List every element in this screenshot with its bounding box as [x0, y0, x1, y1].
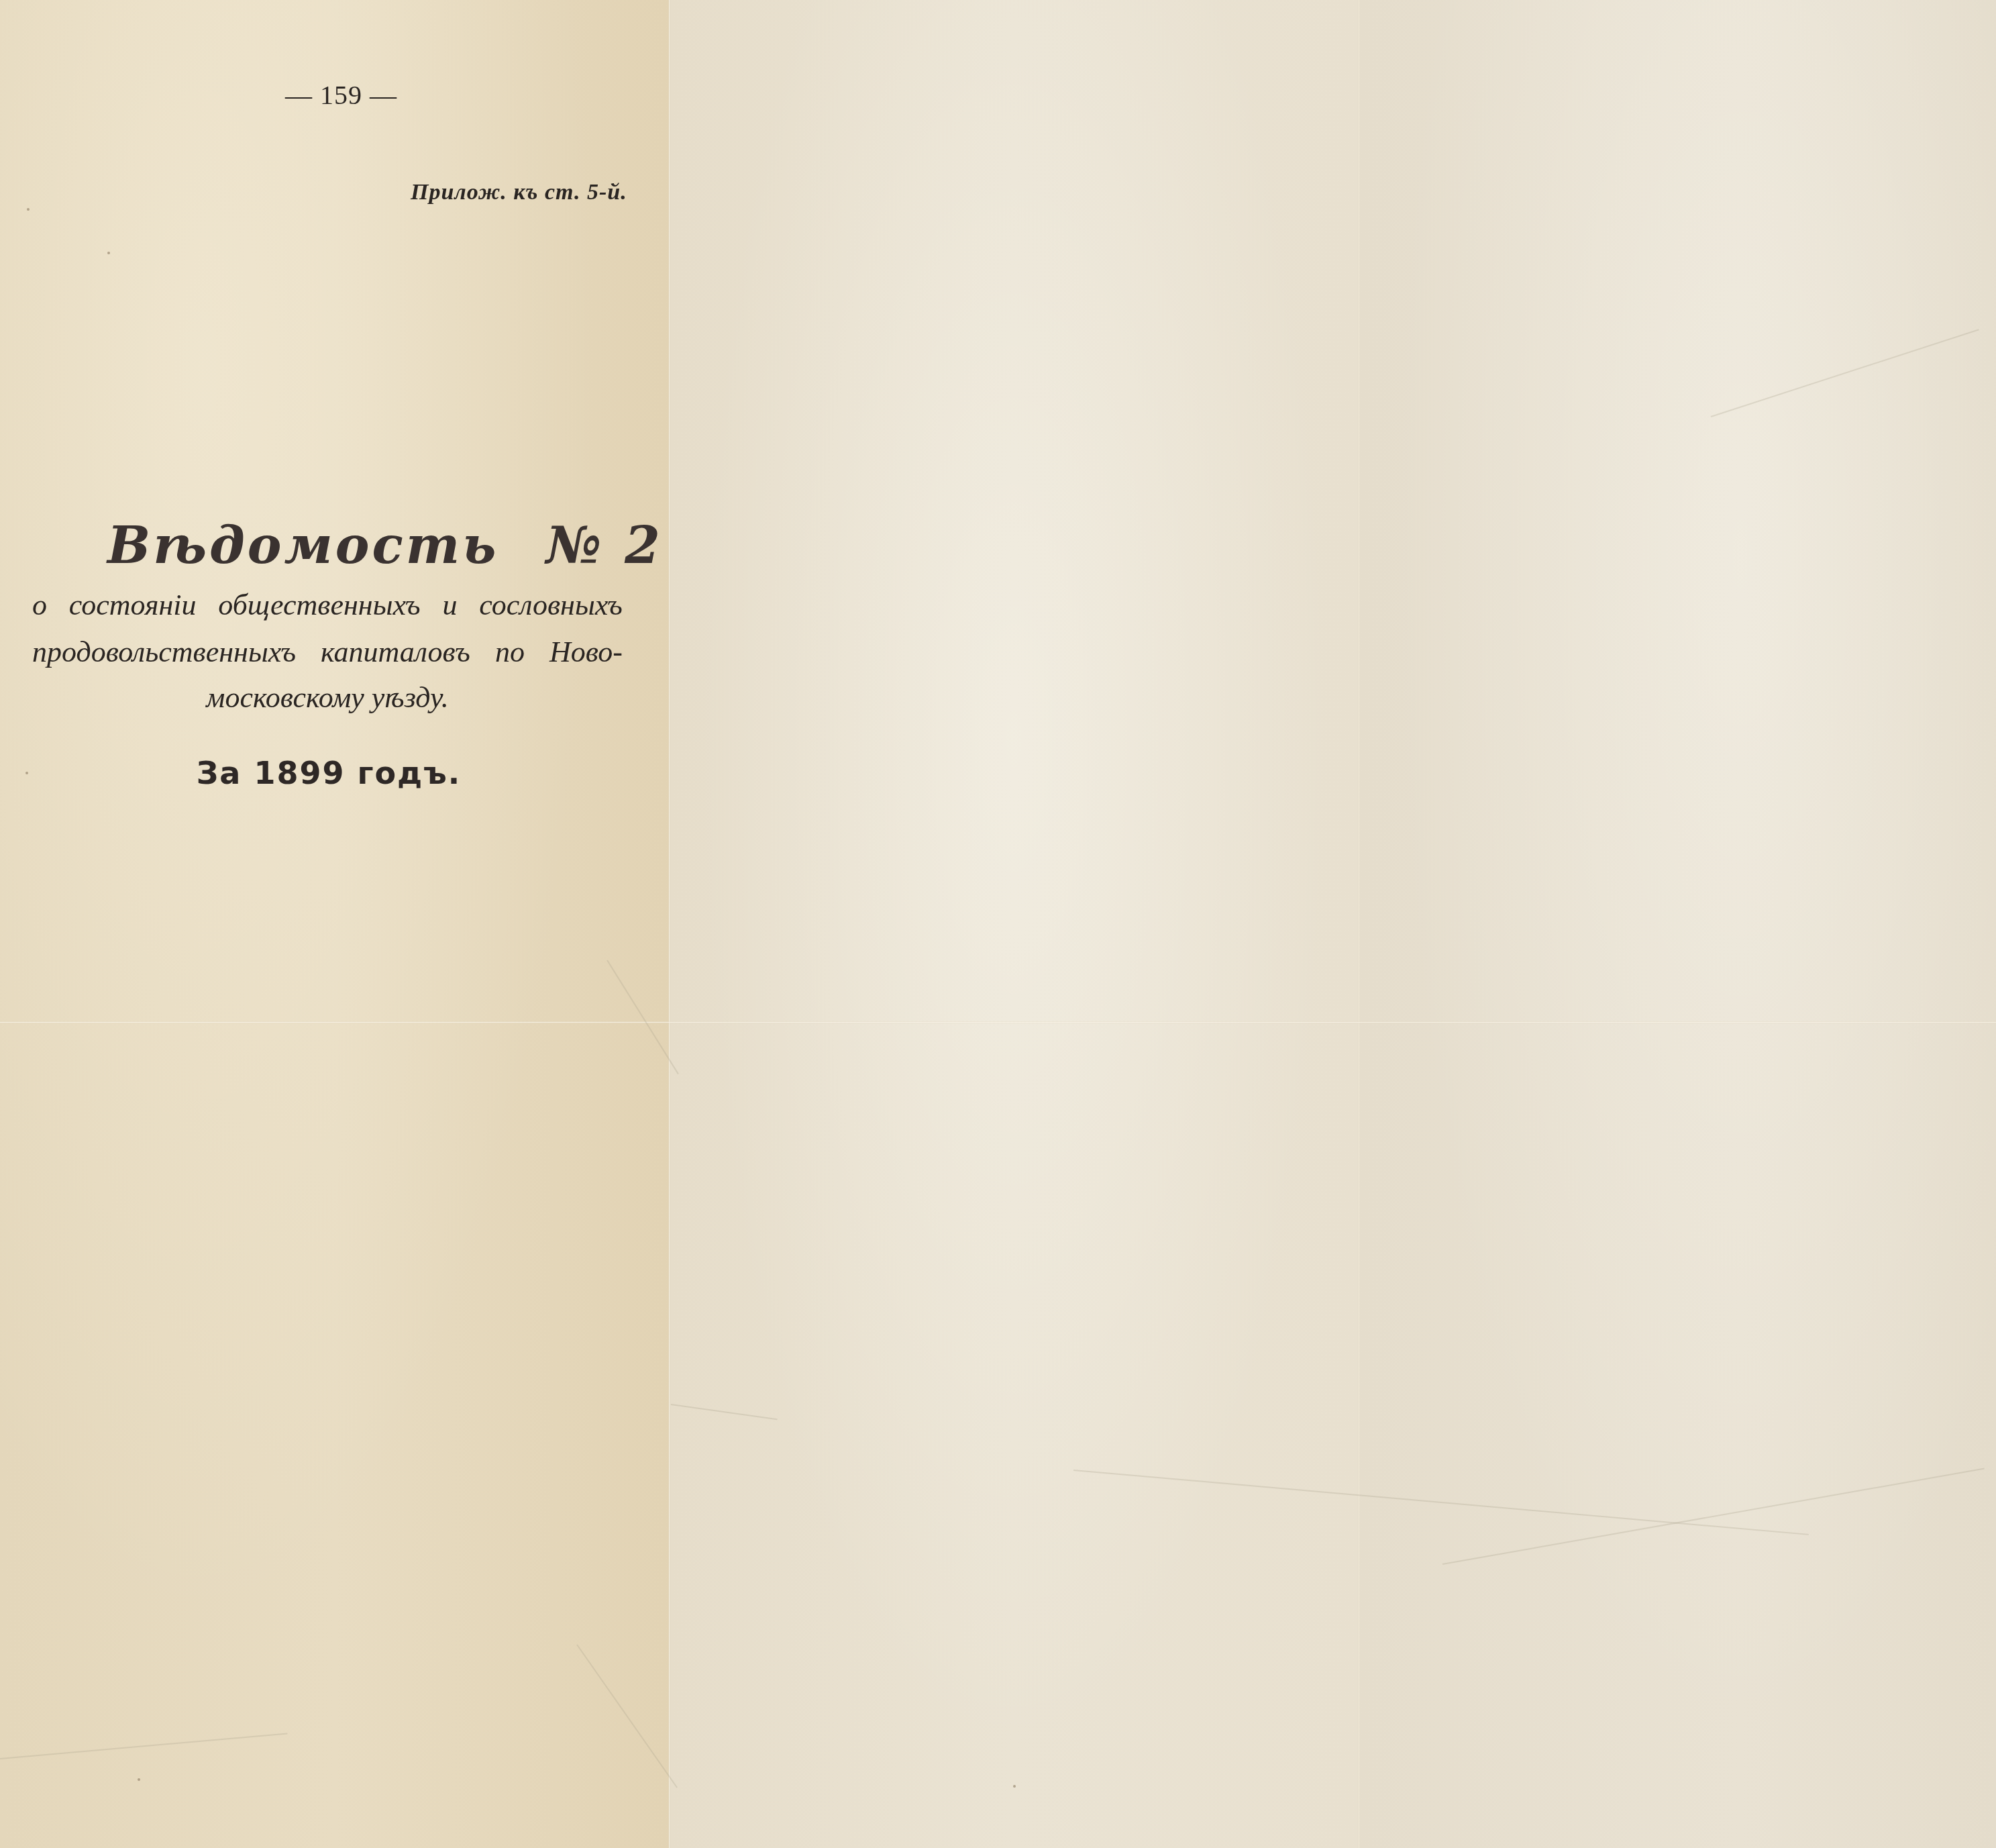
- paper-speck: [107, 252, 110, 254]
- vertical-fold-line: [668, 0, 670, 1848]
- subtitle-line-2: продовольственныхъ капиталовъ по Ново-: [32, 637, 623, 667]
- year-line: За 1899 годъ.: [168, 755, 490, 791]
- title-number-sign: №: [546, 515, 605, 575]
- subtitle-word: по: [495, 637, 525, 667]
- paper-speck: [27, 208, 30, 211]
- subtitle-word: капиталовъ: [321, 637, 470, 667]
- subtitle-word: и: [442, 591, 457, 620]
- paper-panel-right: [1359, 0, 1996, 1848]
- subtitle-line-1: о состояніи общественныхъ и сословныхъ: [32, 591, 623, 620]
- title-number: 2: [625, 515, 663, 575]
- document-title: Вѣдомость № 2: [107, 515, 564, 575]
- subtitle-word: сословныхъ: [479, 591, 623, 620]
- subtitle-line-3: московскому уѣзду.: [32, 683, 623, 713]
- paper-panel-left: [0, 0, 669, 1848]
- subtitle-word: продовольственныхъ: [32, 637, 296, 667]
- subtitle-word: Ново-: [549, 637, 623, 667]
- paper-speck: [138, 1778, 140, 1781]
- horizontal-fold-line: [0, 1021, 1996, 1023]
- annex-note: Прилож. къ ст. 5-й.: [411, 180, 627, 205]
- paper-speck: [1013, 1785, 1016, 1788]
- subtitle-word: о: [32, 591, 47, 620]
- title-heading: Вѣдомость: [107, 515, 498, 575]
- paper-speck: [25, 772, 28, 774]
- page-number: — 159 —: [285, 79, 386, 111]
- vertical-fold-line: [1358, 0, 1360, 1848]
- paper-panel-middle: [669, 0, 1359, 1848]
- subtitle-word: общественныхъ: [218, 591, 420, 620]
- subtitle-word: состояніи: [69, 591, 197, 620]
